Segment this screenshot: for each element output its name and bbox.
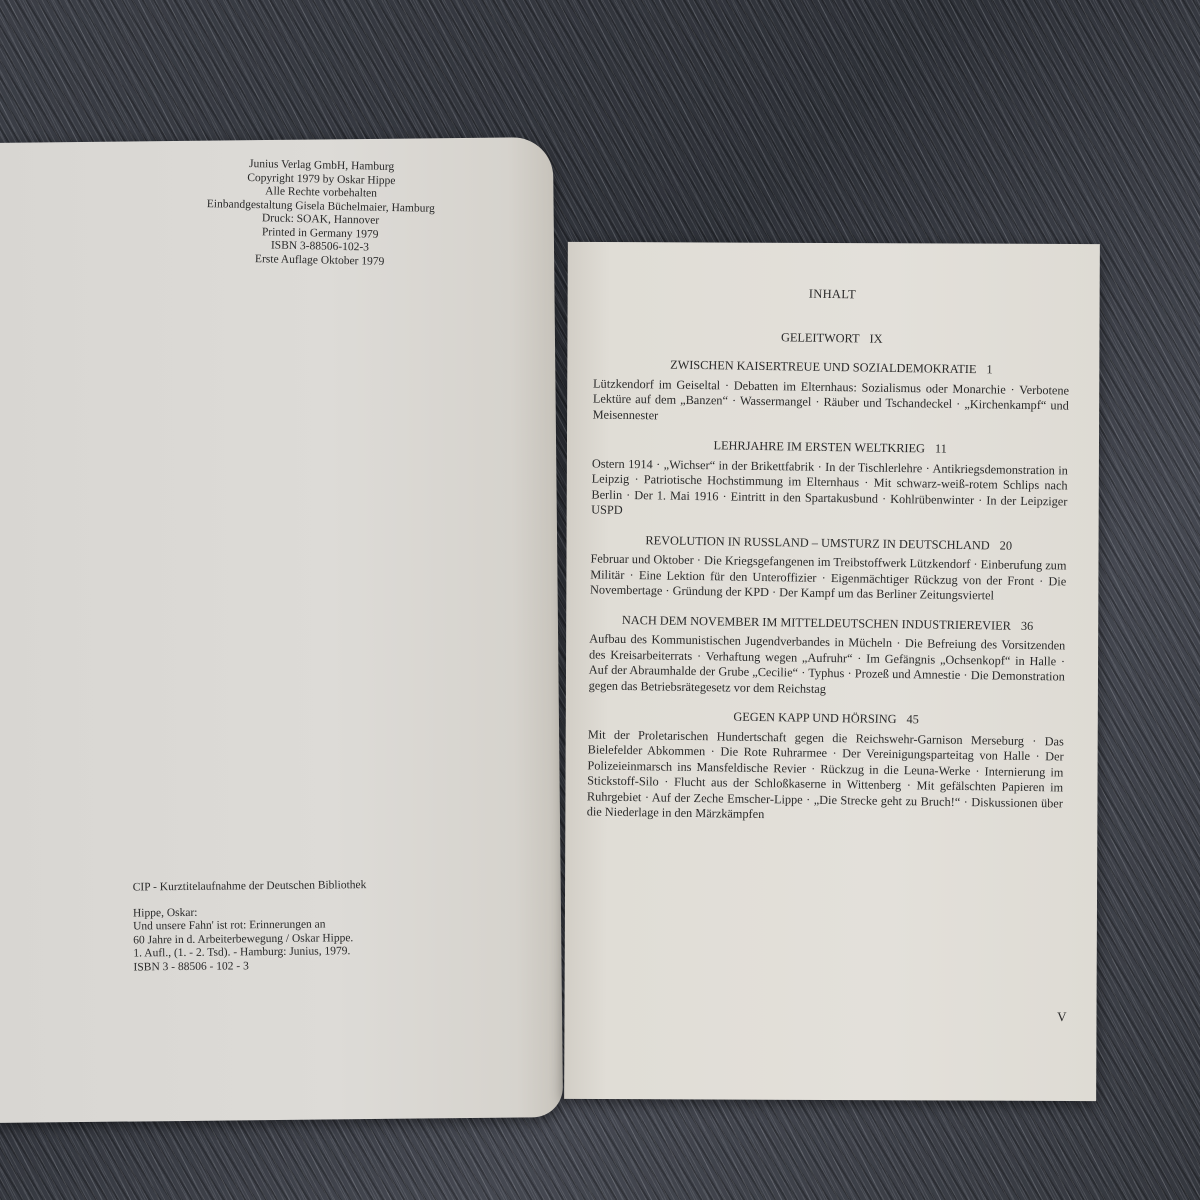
toc-page-number: 20	[1000, 538, 1013, 552]
toc-page-number: 11	[935, 442, 947, 456]
toc-entry-summary: Februar und Oktober · Die Kriegsgefangen…	[590, 551, 1067, 605]
toc-entry-summary: Mit der Proletarischen Hundertschaft geg…	[587, 727, 1064, 827]
toc-page-number: IX	[869, 331, 882, 345]
toc-entry-title: NACH DEM NOVEMBER IM MITTELDEUTSCHEN IND…	[589, 612, 1065, 635]
toc-entry-summary: Ostern 1914 · „Wichser“ in der Brikettfa…	[591, 456, 1068, 525]
toc-page-number: 1	[986, 362, 992, 376]
imprint-block: Junius Verlag GmbH, Hamburg Copyright 19…	[195, 157, 447, 270]
toc-entry: GELEITWORTIX	[594, 327, 1070, 350]
toc-page-number: 45	[906, 712, 919, 726]
page-number-folio: V	[1057, 1009, 1066, 1025]
toc-entry-title: ZWISCHEN KAISERTREUE UND SOZIALDEMOKRATI…	[593, 356, 1069, 379]
toc-entry-title: REVOLUTION IN RUSSLAND – UMSTURZ IN DEUT…	[591, 532, 1067, 555]
toc-entry-summary: Lützkendorf im Geiseltal · Debatten im E…	[593, 376, 1070, 430]
toc-entry: LEHRJAHRE IM ERSTEN WELTKRIEG11 Ostern 1…	[591, 436, 1068, 525]
table-of-contents: INHALT GELEITWORTIX ZWISCHEN KAISERTREUE…	[586, 283, 1070, 841]
toc-heading: INHALT	[594, 283, 1070, 306]
cip-line: ISBN 3 - 88506 - 102 - 3	[133, 958, 453, 975]
toc-entry: NACH DEM NOVEMBER IM MITTELDEUTSCHEN IND…	[589, 612, 1066, 701]
toc-entry: GEGEN KAPP UND HÖRSING45 Mit der Proleta…	[587, 707, 1065, 827]
toc-entry: ZWISCHEN KAISERTREUE UND SOZIALDEMOKRATI…	[593, 356, 1070, 429]
toc-entry-title: GEGEN KAPP UND HÖRSING45	[588, 707, 1064, 730]
toc-entry-title: GELEITWORTIX	[594, 327, 1070, 350]
toc-entry: REVOLUTION IN RUSSLAND – UMSTURZ IN DEUT…	[590, 532, 1067, 605]
cip-title: CIP - Kurztitelaufnahme der Deutschen Bi…	[133, 878, 453, 895]
left-page: Junius Verlag GmbH, Hamburg Copyright 19…	[0, 137, 563, 1123]
toc-entry-summary: Aufbau des Kommunistischen Jugendverband…	[589, 631, 1066, 700]
right-page: INHALT GELEITWORTIX ZWISCHEN KAISERTREUE…	[564, 242, 1100, 1101]
toc-entry-title: LEHRJAHRE IM ERSTEN WELTKRIEG11	[592, 436, 1068, 459]
cip-block: CIP - Kurztitelaufnahme der Deutschen Bi…	[133, 878, 454, 974]
toc-page-number: 36	[1021, 618, 1034, 632]
